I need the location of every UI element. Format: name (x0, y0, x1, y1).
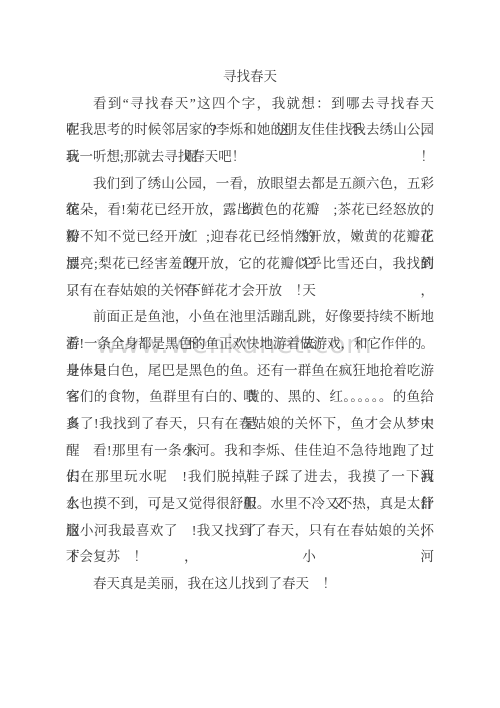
text-line: 花朵，看!菊花已经开放，露出黄色的花瓣 ;茶花已经怒放，粉红的花 (66, 197, 434, 224)
text-line: 前面正是鱼池，小鱼在池里活蹦乱跳，好像要持续不断地游下去。 (66, 304, 434, 331)
text-line: 么也摸不到，可是又觉得很舒服。水里不冷又不热，真是太舒服了， (66, 491, 434, 518)
document-body: 寻找春天 看到“寻找春天”这四个字，我就想：到哪去寻找春天呢 ?这不， 在我思考… (66, 64, 434, 598)
text-line: 春天真是美丽，我在这儿找到了春天 ！ (66, 571, 434, 598)
text-line: 多了!我找到了春天，只有在春姑娘的关怀下，鱼才会从梦中醒来 ！ (66, 411, 434, 438)
text-line: 看!那里有一条小河。我和李烁、佳佳迫不急待地跑了过去，我 (66, 438, 434, 465)
text-line: 漂亮;梨花已经害羞的开放，它的花瓣似乎比雪还白，我找到了春天， (66, 251, 434, 278)
document-title: 寻找春天 (66, 64, 434, 91)
document-page: www.wenkunet.com 寻找春天 看到“寻找春天”这四个字，我就想：到… (0, 0, 500, 708)
text-line: 在我思考的时候邻居家的李烁和她的朋友佳佳找我去绣山公园玩呢 ！ (66, 117, 434, 144)
text-line: 它们的食物，鱼群里有白的、黄的、黑的、红。。。。。。的鱼，真是太 (66, 384, 434, 411)
text-line: 身体是白色，尾巴是黑色的鱼。还有一群鱼在疯狂地抢着吃游客喂给 (66, 358, 434, 385)
text-line: 瓣不知不觉已经开放 ;迎春花已经悄然开放，嫩黄的花瓣正展现它的 (66, 224, 434, 251)
text-line: 我们到了绣山公园，一看，放眼望去都是五颜六色，五彩缤纷的 (66, 171, 434, 198)
text-line: 看到“寻找春天”这四个字，我就想：到哪去寻找春天呢 ?这不， (66, 91, 434, 118)
text-line: 这小河我最喜欢了 !我又找到了春天，只有在春姑娘的关怀下，小河 (66, 518, 434, 545)
text-line: 看!一条全身都是黑色的鱼正欢快地游着做游戏，和它作伴的是一只 (66, 331, 434, 358)
text-line: 们在那里玩水呢 !我们脱掉鞋子踩了进去，我摸了一下河水，但又什 (66, 464, 434, 491)
